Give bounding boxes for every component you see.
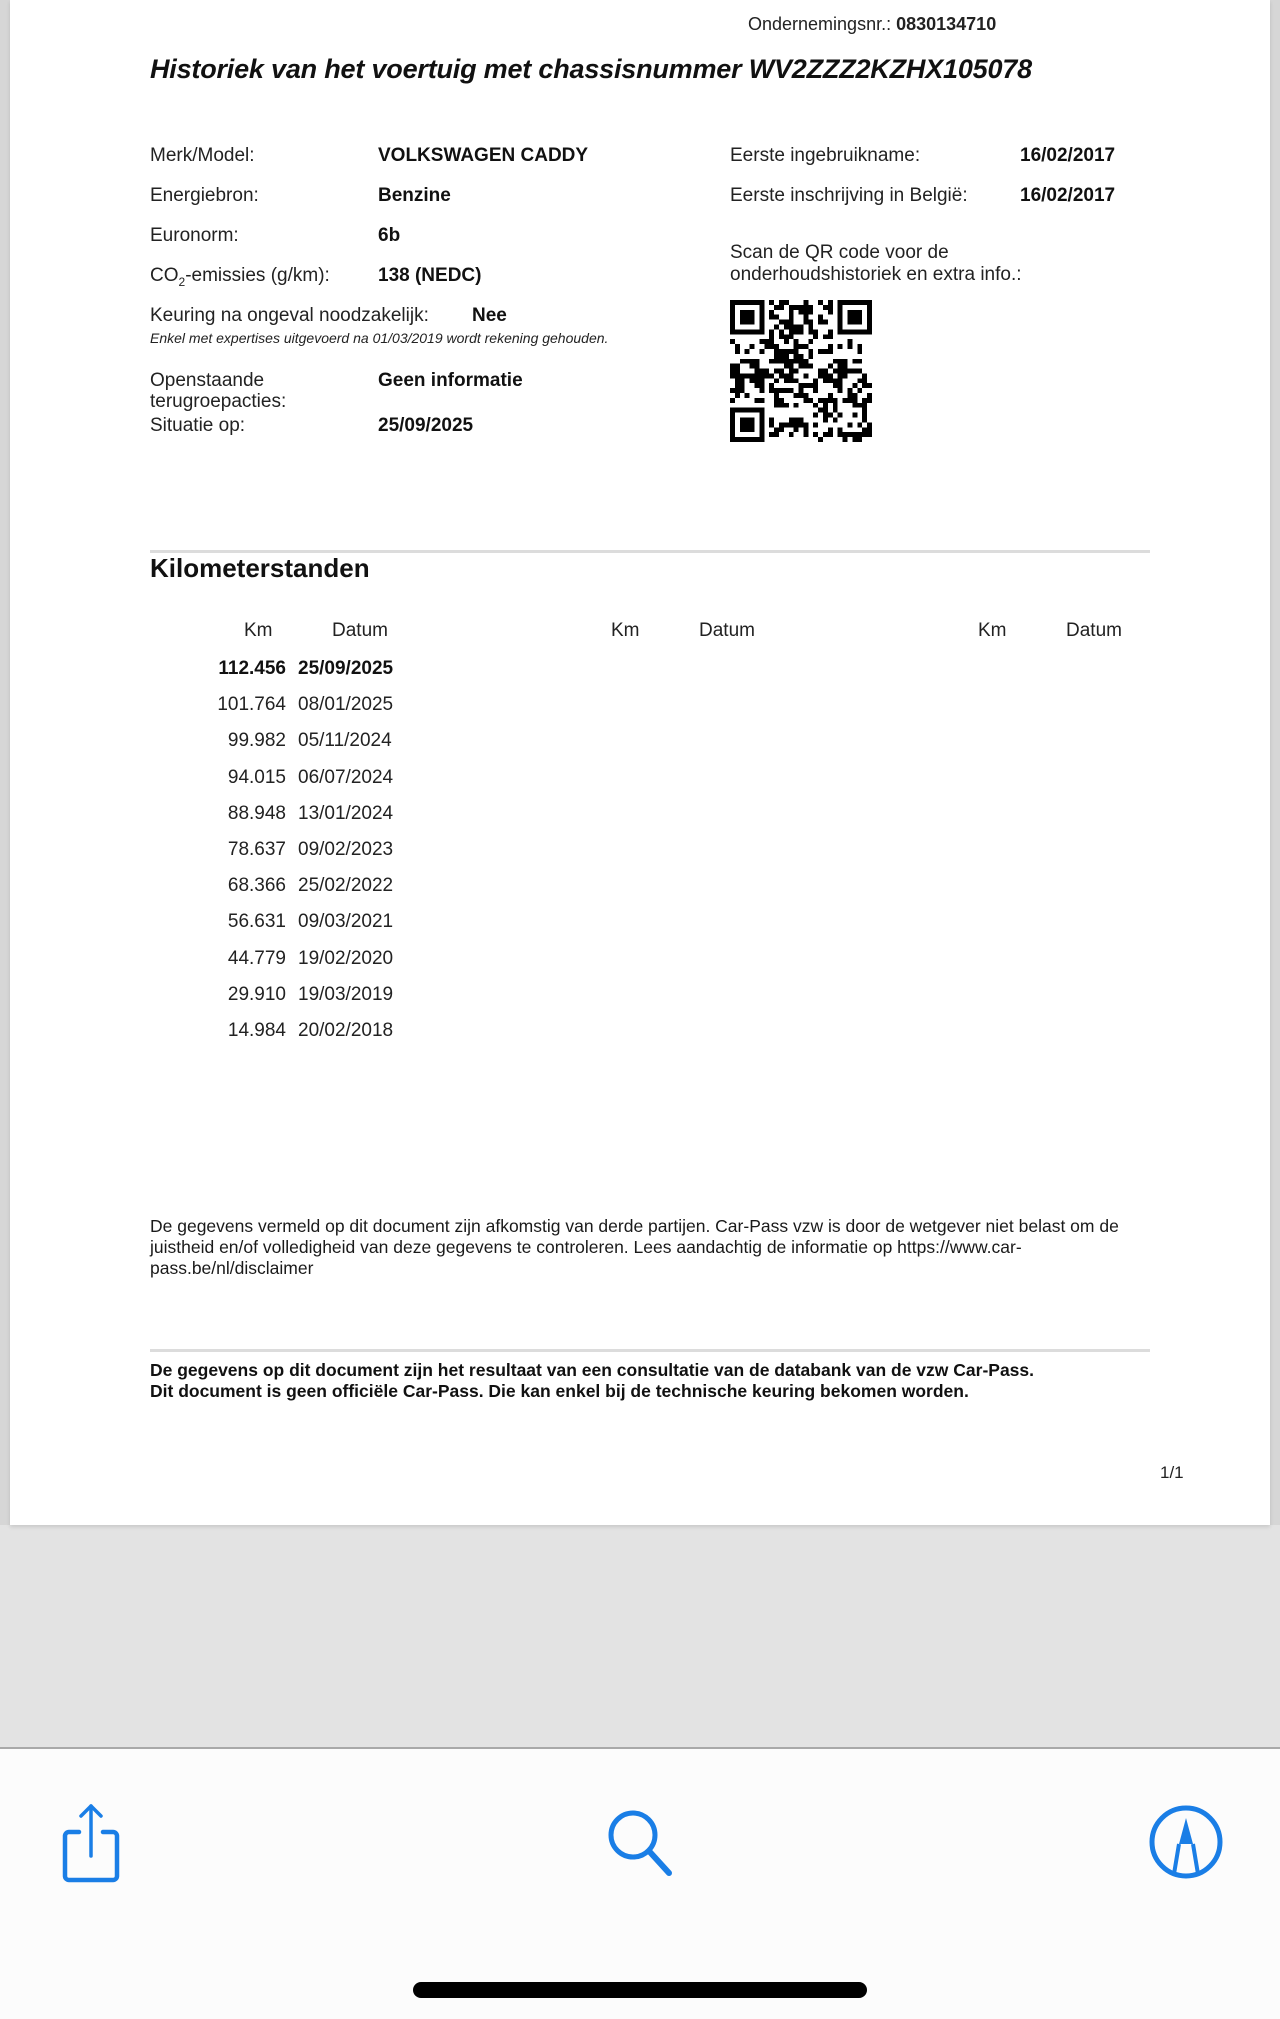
share-button[interactable] xyxy=(46,1797,136,1887)
recalls-label-line1: Openstaande xyxy=(150,370,286,392)
document-title: Historiek van het voertuig met chassisnu… xyxy=(150,54,1032,85)
first-registration-label: Eerste inschrijving in België: xyxy=(730,185,968,207)
make-model-label: Merk/Model: xyxy=(150,145,255,167)
bottom-toolbar xyxy=(0,1747,1280,2019)
company-number-value: 0830134710 xyxy=(896,14,996,34)
col-header-km-1: Km xyxy=(244,620,273,642)
first-registration-value: 16/02/2017 xyxy=(1020,185,1115,207)
mileage-date: 09/02/2023 xyxy=(298,839,393,861)
col-header-km-2: Km xyxy=(611,620,640,642)
mileage-date: 25/09/2025 xyxy=(298,658,393,680)
mileage-km: 14.984 xyxy=(176,1020,286,1042)
situation-label: Situatie op: xyxy=(150,415,245,437)
col-header-date-3: Datum xyxy=(1066,620,1122,642)
make-model-value: VOLKSWAGEN CADDY xyxy=(378,145,588,167)
mileage-km: 112.456 xyxy=(176,658,286,680)
mileage-km: 88.948 xyxy=(176,803,286,825)
col-header-km-3: Km xyxy=(978,620,1007,642)
mileage-date: 19/03/2019 xyxy=(298,984,393,1006)
mileage-date: 19/02/2020 xyxy=(298,948,393,970)
mileage-km: 101.764 xyxy=(176,694,286,716)
mileage-km: 68.366 xyxy=(176,875,286,897)
inspection-value: Nee xyxy=(472,305,507,327)
inspection-note: Enkel met expertises uitgevoerd na 01/03… xyxy=(150,330,608,346)
first-use-label: Eerste ingebruikname: xyxy=(730,145,920,167)
co2-label-prefix: CO xyxy=(150,265,179,286)
situation-value: 25/09/2025 xyxy=(378,415,473,437)
pdf-page: Ondernemingsnr.: 0830134710 Historiek va… xyxy=(10,0,1270,1525)
viewer-background-left xyxy=(0,0,10,1525)
co2-label-suffix: -emissies (g/km): xyxy=(185,265,330,286)
share-icon xyxy=(59,1800,123,1884)
mileage-km: 78.637 xyxy=(176,839,286,861)
markup-icon xyxy=(1148,1804,1224,1880)
first-use-value: 16/02/2017 xyxy=(1020,145,1115,167)
recalls-label: Openstaande terugroepacties: xyxy=(150,370,286,413)
euronorm-label: Euronorm: xyxy=(150,225,239,247)
mileage-date: 20/02/2018 xyxy=(298,1020,393,1042)
footer-note-line1: De gegevens op dit document zijn het res… xyxy=(150,1360,1160,1381)
company-number-label: Ondernemingsnr.: xyxy=(748,14,891,34)
qr-code[interactable] xyxy=(730,300,872,442)
mileage-km: 56.631 xyxy=(176,911,286,933)
disclaimer-text: De gegevens vermeld op dit document zijn… xyxy=(150,1216,1150,1279)
viewer-background-right xyxy=(1270,0,1280,1525)
mileage-date: 25/02/2022 xyxy=(298,875,393,897)
recalls-label-line2: terugroepacties: xyxy=(150,391,286,413)
col-header-date-1: Datum xyxy=(332,620,388,642)
co2-value: 138 (NEDC) xyxy=(378,265,481,287)
company-number: Ondernemingsnr.: 0830134710 xyxy=(748,14,996,35)
mileage-km: 29.910 xyxy=(176,984,286,1006)
markup-button[interactable] xyxy=(1141,1797,1231,1887)
energy-label: Energiebron: xyxy=(150,185,259,207)
mileage-section-title: Kilometerstanden xyxy=(150,553,370,584)
mileage-km: 94.015 xyxy=(176,767,286,789)
mileage-date: 06/07/2024 xyxy=(298,767,393,789)
mileage-date: 08/01/2025 xyxy=(298,694,393,716)
energy-value: Benzine xyxy=(378,185,451,207)
page-number: 1/1 xyxy=(1160,1463,1184,1483)
qr-instructions-line1: Scan de QR code voor de xyxy=(730,242,1022,264)
euronorm-value: 6b xyxy=(378,225,400,247)
footer-note-line2: Dit document is geen officiële Car-Pass.… xyxy=(150,1381,1160,1402)
search-icon xyxy=(603,1805,677,1879)
co2-label: CO2-emissies (g/km): xyxy=(150,265,330,289)
qr-instructions-line2: onderhoudshistoriek en extra info.: xyxy=(730,264,1022,286)
col-header-date-2: Datum xyxy=(699,620,755,642)
footer-note: De gegevens op dit document zijn het res… xyxy=(150,1360,1160,1402)
mileage-km: 44.779 xyxy=(176,948,286,970)
recalls-value: Geen informatie xyxy=(378,370,523,392)
mileage-date: 05/11/2024 xyxy=(298,730,392,752)
mileage-date: 09/03/2021 xyxy=(298,911,393,933)
mileage-km: 99.982 xyxy=(176,730,286,752)
footer-divider xyxy=(150,1349,1150,1352)
qr-instructions: Scan de QR code voor de onderhoudshistor… xyxy=(730,242,1022,286)
mileage-date: 13/01/2024 xyxy=(298,803,393,825)
search-button[interactable] xyxy=(595,1797,685,1887)
home-indicator xyxy=(413,1982,867,1998)
inspection-label: Keuring na ongeval noodzakelijk: xyxy=(150,305,429,327)
